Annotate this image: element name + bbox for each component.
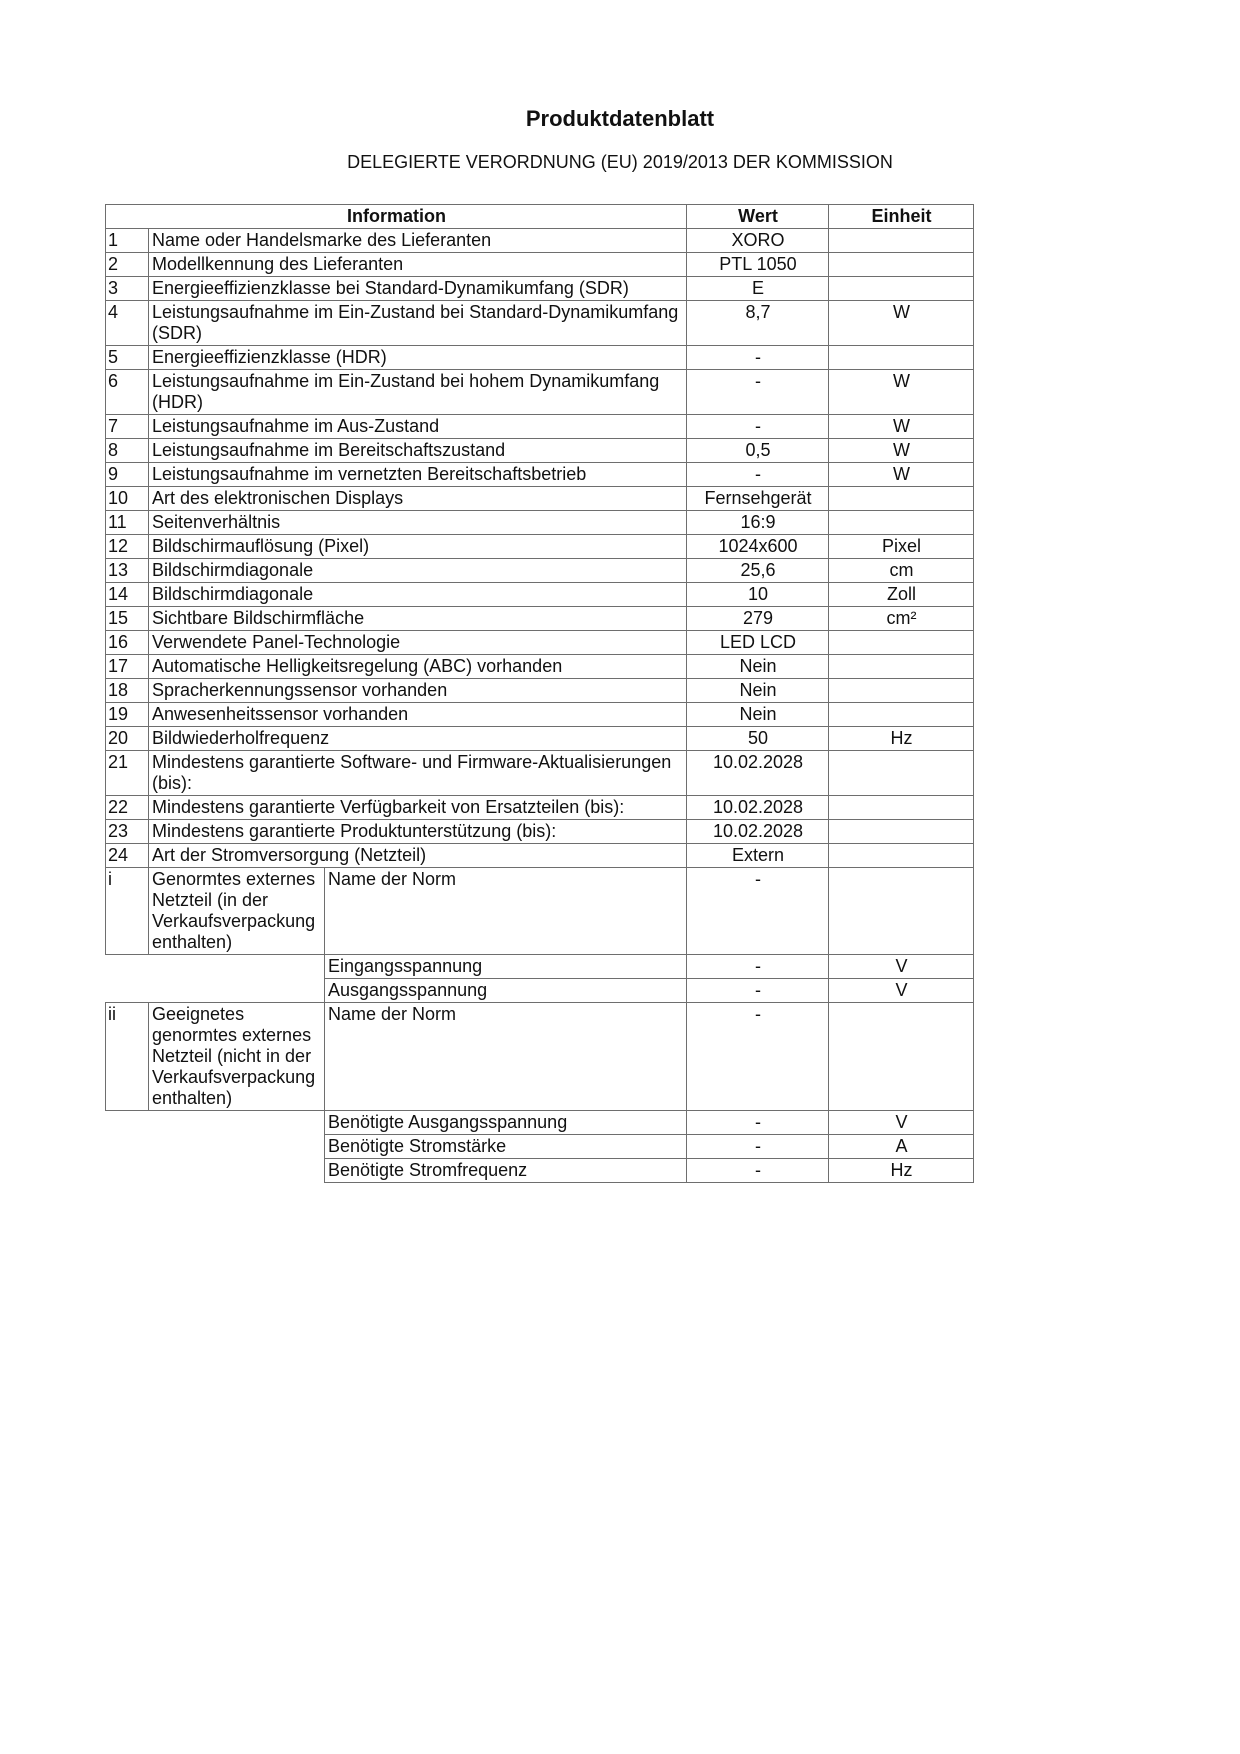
table-row: 17Automatische Helligkeitsregelung (ABC)… [106, 655, 974, 679]
row-unit: Hz [829, 727, 974, 751]
page-title: Produktdatenblatt [0, 106, 1240, 132]
row-label: Energieeffizienzklasse (HDR) [149, 346, 687, 370]
row-label: Energieeffizienzklasse bei Standard-Dyna… [149, 277, 687, 301]
row-label: Automatische Helligkeitsregelung (ABC) v… [149, 655, 687, 679]
psu-suitable-subrow: Benötigte Ausgangsspannung - V [106, 1111, 974, 1135]
table-row: 4Leistungsaufnahme im Ein-Zustand bei St… [106, 301, 974, 346]
row-unit [829, 487, 974, 511]
row-unit [829, 229, 974, 253]
table-row: 14Bildschirmdiagonale10Zoll [106, 583, 974, 607]
row-unit: W [829, 301, 974, 346]
psu-suitable-subrow: Benötigte Stromfrequenz - Hz [106, 1159, 974, 1183]
row-label: Mindestens garantierte Software- und Fir… [149, 751, 687, 796]
row-label: Genormtes externes Netzteil (in der Verk… [149, 868, 325, 955]
row-unit: V [829, 1111, 974, 1135]
row-value: - [687, 346, 829, 370]
row-number: 8 [106, 439, 149, 463]
row-unit: W [829, 415, 974, 439]
row-unit [829, 346, 974, 370]
row-number: 16 [106, 631, 149, 655]
row-label: Leistungsaufnahme im Ein-Zustand bei hoh… [149, 370, 687, 415]
row-value: XORO [687, 229, 829, 253]
row-unit [829, 511, 974, 535]
row-value: - [687, 868, 829, 955]
row-number: 1 [106, 229, 149, 253]
row-unit [829, 796, 974, 820]
row-number: 10 [106, 487, 149, 511]
row-unit: W [829, 463, 974, 487]
empty-cell [106, 1159, 325, 1183]
row-number: 14 [106, 583, 149, 607]
sub-label: Benötigte Stromfrequenz [325, 1159, 687, 1183]
table-row: 13Bildschirmdiagonale25,6cm [106, 559, 974, 583]
row-value: PTL 1050 [687, 253, 829, 277]
psu-included-row: i Genormtes externes Netzteil (in der Ve… [106, 868, 974, 955]
empty-cell [106, 979, 325, 1003]
row-label: Anwesenheitssensor vorhanden [149, 703, 687, 727]
table-row: 24Art der Stromversorgung (Netzteil)Exte… [106, 844, 974, 868]
row-value: 8,7 [687, 301, 829, 346]
row-label: Bildschirmdiagonale [149, 559, 687, 583]
row-number: 24 [106, 844, 149, 868]
row-value: 10.02.2028 [687, 751, 829, 796]
row-label: Leistungsaufnahme im vernetzten Bereitsc… [149, 463, 687, 487]
row-number: 5 [106, 346, 149, 370]
sub-label: Eingangsspannung [325, 955, 687, 979]
row-unit [829, 679, 974, 703]
header-information: Information [106, 205, 687, 229]
row-label: Geeignetes genormtes externes Netzteil (… [149, 1003, 325, 1111]
row-number: 3 [106, 277, 149, 301]
row-number: 20 [106, 727, 149, 751]
row-label: Mindestens garantierte Verfügbarkeit von… [149, 796, 687, 820]
row-unit [829, 868, 974, 955]
row-value: - [687, 1111, 829, 1135]
row-value: - [687, 1135, 829, 1159]
row-unit [829, 1003, 974, 1111]
sub-label: Ausgangsspannung [325, 979, 687, 1003]
row-value: 279 [687, 607, 829, 631]
row-unit [829, 751, 974, 796]
sub-label: Name der Norm [325, 1003, 687, 1111]
regulation-subtitle: DELEGIERTE VERORDNUNG (EU) 2019/2013 DER… [0, 152, 1240, 173]
row-unit: W [829, 439, 974, 463]
row-value: 50 [687, 727, 829, 751]
psu-included-subrow: Eingangsspannung - V [106, 955, 974, 979]
row-number: 21 [106, 751, 149, 796]
row-unit [829, 844, 974, 868]
row-label: Sichtbare Bildschirmfläche [149, 607, 687, 631]
row-value: - [687, 1003, 829, 1111]
table-row: 21Mindestens garantierte Software- und F… [106, 751, 974, 796]
row-unit: Zoll [829, 583, 974, 607]
sub-label: Benötigte Ausgangsspannung [325, 1111, 687, 1135]
row-unit [829, 631, 974, 655]
row-value: 0,5 [687, 439, 829, 463]
row-unit: V [829, 979, 974, 1003]
row-label: Art der Stromversorgung (Netzteil) [149, 844, 687, 868]
row-number: 11 [106, 511, 149, 535]
table-header-row: Information Wert Einheit [106, 205, 974, 229]
row-value: 10.02.2028 [687, 796, 829, 820]
row-label: Leistungsaufnahme im Bereitschaftszustan… [149, 439, 687, 463]
row-unit [829, 703, 974, 727]
row-label: Seitenverhältnis [149, 511, 687, 535]
row-number: 9 [106, 463, 149, 487]
row-unit: cm [829, 559, 974, 583]
row-unit: cm² [829, 607, 974, 631]
row-label: Spracherkennungssensor vorhanden [149, 679, 687, 703]
row-label: Bildwiederholfrequenz [149, 727, 687, 751]
row-value: LED LCD [687, 631, 829, 655]
psu-suitable-subrow: Benötigte Stromstärke - A [106, 1135, 974, 1159]
row-label: Art des elektronischen Displays [149, 487, 687, 511]
row-number: 7 [106, 415, 149, 439]
row-number: 18 [106, 679, 149, 703]
row-unit: Pixel [829, 535, 974, 559]
table-row: 12Bildschirmauflösung (Pixel)1024x600Pix… [106, 535, 974, 559]
row-number: 6 [106, 370, 149, 415]
row-value: - [687, 979, 829, 1003]
table-row: 15Sichtbare Bildschirmfläche279cm² [106, 607, 974, 631]
row-unit [829, 655, 974, 679]
row-value: Nein [687, 679, 829, 703]
row-number: i [106, 868, 149, 955]
row-number: 22 [106, 796, 149, 820]
empty-cell [106, 955, 325, 979]
header-value: Wert [687, 205, 829, 229]
table-row: 20Bildwiederholfrequenz50Hz [106, 727, 974, 751]
table-row: 1Name oder Handelsmarke des LieferantenX… [106, 229, 974, 253]
table-row: 3Energieeffizienzklasse bei Standard-Dyn… [106, 277, 974, 301]
table-row: 11Seitenverhältnis16:9 [106, 511, 974, 535]
row-number: 19 [106, 703, 149, 727]
row-label: Bildschirmdiagonale [149, 583, 687, 607]
table-row: 19Anwesenheitssensor vorhandenNein [106, 703, 974, 727]
table-row: 22Mindestens garantierte Verfügbarkeit v… [106, 796, 974, 820]
row-number: 2 [106, 253, 149, 277]
product-data-table: Information Wert Einheit 1Name oder Hand… [105, 204, 974, 1183]
table-row: 18Spracherkennungssensor vorhandenNein [106, 679, 974, 703]
row-value: - [687, 1159, 829, 1183]
row-label: Bildschirmauflösung (Pixel) [149, 535, 687, 559]
row-label: Leistungsaufnahme im Ein-Zustand bei Sta… [149, 301, 687, 346]
row-number: 17 [106, 655, 149, 679]
header-unit: Einheit [829, 205, 974, 229]
row-unit: Hz [829, 1159, 974, 1183]
sub-label: Name der Norm [325, 868, 687, 955]
sub-label: Benötigte Stromstärke [325, 1135, 687, 1159]
row-unit [829, 253, 974, 277]
table-row: 5Energieeffizienzklasse (HDR)- [106, 346, 974, 370]
psu-suitable-row: ii Geeignetes genormtes externes Netztei… [106, 1003, 974, 1111]
table-row: 6Leistungsaufnahme im Ein-Zustand bei ho… [106, 370, 974, 415]
row-unit: V [829, 955, 974, 979]
row-label: Mindestens garantierte Produktunterstütz… [149, 820, 687, 844]
table-row: 7Leistungsaufnahme im Aus-Zustand-W [106, 415, 974, 439]
row-value: Fernsehgerät [687, 487, 829, 511]
row-number: 4 [106, 301, 149, 346]
psu-included-subrow: Ausgangsspannung - V [106, 979, 974, 1003]
empty-cell [106, 1135, 325, 1159]
row-value: Extern [687, 844, 829, 868]
row-value: 10 [687, 583, 829, 607]
row-value: - [687, 955, 829, 979]
table-row: 9Leistungsaufnahme im vernetzten Bereits… [106, 463, 974, 487]
row-unit: A [829, 1135, 974, 1159]
row-value: - [687, 370, 829, 415]
row-value: 25,6 [687, 559, 829, 583]
row-unit: W [829, 370, 974, 415]
table-row: 23Mindestens garantierte Produktunterstü… [106, 820, 974, 844]
empty-cell [106, 1111, 325, 1135]
table-row: 16Verwendete Panel-TechnologieLED LCD [106, 631, 974, 655]
table-row: 10Art des elektronischen DisplaysFernseh… [106, 487, 974, 511]
row-number: 13 [106, 559, 149, 583]
row-label: Name oder Handelsmarke des Lieferanten [149, 229, 687, 253]
row-unit [829, 277, 974, 301]
row-label: Leistungsaufnahme im Aus-Zustand [149, 415, 687, 439]
row-label: Verwendete Panel-Technologie [149, 631, 687, 655]
row-number: 23 [106, 820, 149, 844]
table-row: 8Leistungsaufnahme im Bereitschaftszusta… [106, 439, 974, 463]
row-value: E [687, 277, 829, 301]
row-number: 15 [106, 607, 149, 631]
row-value: 1024x600 [687, 535, 829, 559]
row-number: ii [106, 1003, 149, 1111]
table-row: 2Modellkennung des LieferantenPTL 1050 [106, 253, 974, 277]
row-number: 12 [106, 535, 149, 559]
row-value: Nein [687, 703, 829, 727]
row-label: Modellkennung des Lieferanten [149, 253, 687, 277]
row-value: - [687, 415, 829, 439]
row-unit [829, 820, 974, 844]
row-value: 10.02.2028 [687, 820, 829, 844]
row-value: - [687, 463, 829, 487]
row-value: Nein [687, 655, 829, 679]
row-value: 16:9 [687, 511, 829, 535]
